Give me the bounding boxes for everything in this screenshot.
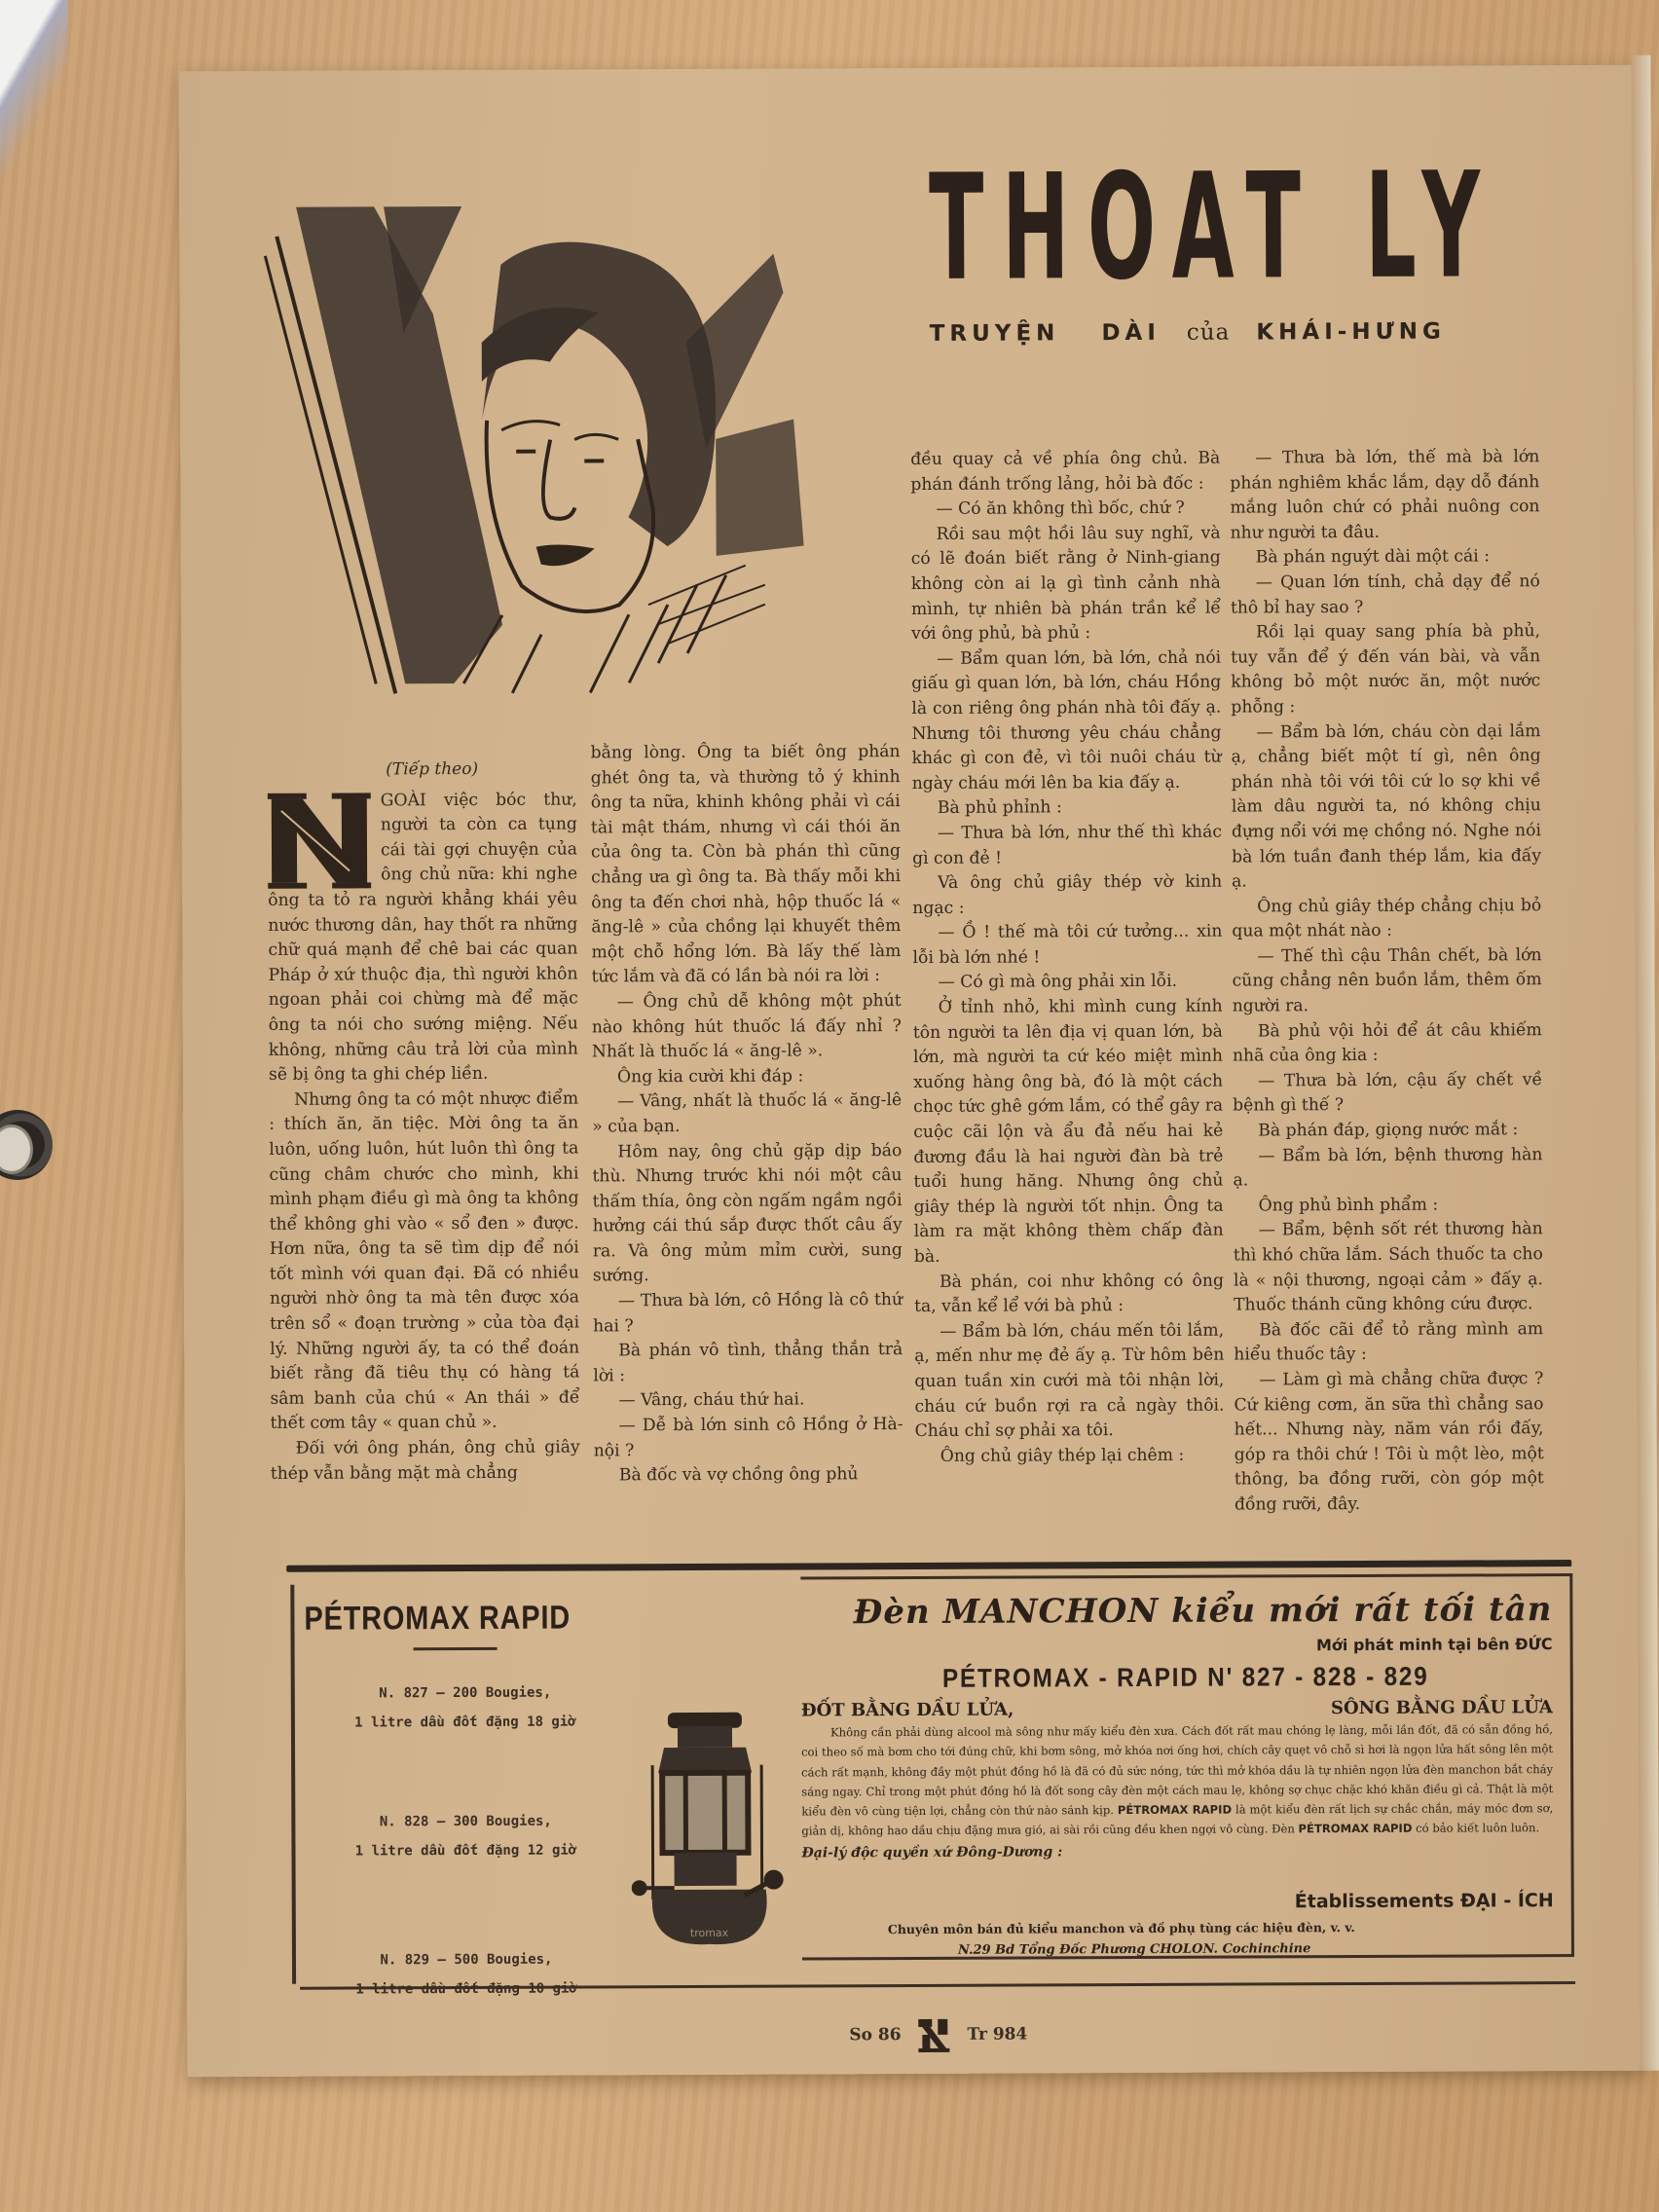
paragraph: Nhưng ông ta có một nhược điểm : thích ă… (269, 1087, 580, 1437)
paragraph: Rồi sau một hồi lâu suy nghĩ, và có lẽ đ… (911, 521, 1222, 646)
paragraph: Bà đốc cãi để tỏ rằng mình am hiểu thuốc… (1234, 1317, 1543, 1369)
agent-address: N.29 Bd Tổng Đốc Phương CHOLON. Cochinch… (958, 1941, 1310, 1958)
agent-company: Établissements ĐẠI - ÍCH (1295, 1890, 1554, 1912)
paragraph: — Thưa bà lớn, cô Hồng là cô thứ hai ? (593, 1288, 903, 1340)
section-divider (286, 1560, 1571, 1572)
model-entry: N. 827 — 200 Bougies, 1 litre dầu đốt đặ… (305, 1684, 626, 1730)
story-title: THOAT LY (929, 153, 1551, 302)
ad-tag-right: SÔNG BẰNG DẦU LỬA (1331, 1697, 1553, 1718)
woodcut-portrait-icon (257, 195, 804, 703)
paragraph: Rồi lại quay sang phía bà phủ, tuy vẫn đ… (1231, 619, 1540, 720)
model-runtime: 1 litre dầu đốt đặng 18 giờ (305, 1714, 626, 1730)
model-runtime: 1 litre dầu đốt đặng 12 giờ (305, 1842, 626, 1859)
article-column-3: đều quay cả về phía ông chủ. Bà phán đán… (910, 447, 1225, 1470)
paragraph: — Bẩm bà lớn, cháu mến tôi lắm, ạ, mến n… (914, 1318, 1225, 1444)
paragraph: — Dễ bà lớn sinh cô Hồng ở Hà-nội ? (594, 1413, 903, 1464)
paragraph: — Bẩm bà lớn, bệnh thương hàn ạ. (1233, 1143, 1542, 1195)
paragraph: — Có ăn không thì bốc, chứ ? (910, 497, 1220, 523)
continued-label: (Tiếp theo) (268, 756, 577, 783)
article-column-1: (Tiếp theo) GOÀI việc bóc thư, người ta … (268, 756, 580, 1487)
author-name: KHÁI-HƯNG (1256, 319, 1446, 346)
model-spec: N. 828 — 300 Bougies, (305, 1813, 626, 1829)
paragraph: Ông chủ giây thép lại chêm : (915, 1443, 1225, 1469)
paragraph: Bà phủ phỉnh : (912, 795, 1222, 822)
paragraph: — Bẩm, bệnh sốt rét thương hàn thì khó c… (1234, 1218, 1543, 1319)
subtitle-genre-2: DÀI (1101, 320, 1161, 346)
paragraph: bằng lòng. Ông ta biết ông phán ghét ông… (591, 740, 902, 990)
paragraph: — Ồ ! thế mà tôi cứ tưởng... xin lỗi bà … (912, 920, 1222, 972)
agent-label: Đại-lý độc quyền xứ Đông-Dương : (801, 1840, 1553, 1863)
svg-text:tromax: tromax (690, 1927, 729, 1939)
model-entry: N. 828 — 300 Bougies, 1 litre dầu đốt đặ… (305, 1813, 626, 1859)
ad-model-list: PÉTROMAX RAPID N. 827 — 200 Bougies, 1 l… (304, 1583, 627, 1983)
paragraph: Bà phán vô tình, thẳng thắn trả lời : (593, 1338, 903, 1389)
paragraph: — Thưa bà lớn, thế mà bà lớn phán nghiêm… (1230, 445, 1539, 546)
paragraph: Bà phán, coi như không có ông ta, vẫn kể… (914, 1269, 1224, 1320)
subtitle-of: của (1187, 320, 1231, 346)
ad-brand-inline: PÉTROMAX RAPID (1299, 1822, 1413, 1836)
paragraph: — Thưa bà lớn, cậu ấy chết về bệnh gì th… (1233, 1068, 1542, 1120)
background-object (0, 0, 68, 195)
paragraph: Bà phủ vội hỏi để át câu khiếm nhã của ô… (1233, 1018, 1542, 1070)
newspaper-page: THOAT LY TRUYỆN DÀI của KHÁI-HƯNG (Tiếp … (179, 65, 1644, 2078)
paragraph: Và ông chủ giây thép vờ kinh ngạc : (912, 870, 1222, 922)
paragraph: — Làm gì mà chẳng chữa được ? Cứ kiêng c… (1234, 1367, 1544, 1518)
article-column-4: — Thưa bà lớn, thế mà bà lớn phán nghiêm… (1230, 445, 1544, 1518)
article-column-2: bằng lòng. Ông ta biết ông phán ghét ông… (591, 740, 903, 1489)
pressure-lantern-icon: tromax (631, 1705, 788, 1949)
advertisement: PÉTROMAX RAPID N. 827 — 200 Bougies, 1 l… (290, 1579, 1575, 1984)
story-subtitle: TRUYỆN DÀI của KHÁI-HƯNG (930, 318, 1553, 347)
paragraph: Bà phán đáp, giọng nước mắt : (1233, 1118, 1542, 1144)
ngay-nay-logo-icon (914, 2015, 953, 2054)
agent-specialty: Chuyên môn bán đủ kiểu manchon và đồ phụ… (888, 1920, 1355, 1936)
paragraph: — Vâng, nhất là thuốc lá « ăng-lê » của … (592, 1088, 902, 1140)
paragraph: Bà phán nguýt dài một cái : (1231, 545, 1540, 571)
page-edge (1631, 55, 1659, 2071)
paragraph: Bà đốc và vợ chồng ông phủ (594, 1462, 903, 1489)
title-block: THOAT LY TRUYỆN DÀI của KHÁI-HƯNG (929, 153, 1553, 347)
page-number: Tr 984 (967, 2024, 1027, 2044)
model-entry: N. 829 — 500 Bougies, 1 litre dầu đốt đặ… (306, 1951, 627, 1997)
paragraph: Đối với ông phán, ông chủ giây thép vẫn … (271, 1436, 580, 1488)
paragraph: Ông kia cười khi đáp : (592, 1064, 902, 1090)
ad-brand: PÉTROMAX RAPID (304, 1600, 577, 1639)
paragraph: — Có gì mà ông phải xin lỗi. (913, 970, 1223, 996)
ad-body-text: có bảo kiết luôn luôn. (1416, 1822, 1539, 1836)
model-spec: N. 827 — 200 Bougies, (305, 1684, 626, 1701)
drop-cap-n-icon (268, 791, 373, 888)
paragraph: — Bẩm quan lớn, bà lớn, chả nói giấu gì … (911, 645, 1222, 796)
paragraph: đều quay cả về phía ông chủ. Bà phán đán… (910, 447, 1220, 498)
paragraph: — Quan lớn tính, chả dạy để nó thô bỉ ha… (1231, 570, 1540, 621)
paragraph: Hôm nay, ông chủ gặp dịp báo thù. Nhưng … (592, 1139, 903, 1290)
subtitle-genre-1: TRUYỆN (930, 320, 1060, 347)
paragraph: Ông phủ bình phẩm : (1234, 1193, 1543, 1219)
divider (414, 1647, 498, 1650)
ad-tagline-row: ĐỐT BẰNG DẦU LỬA, SÔNG BẰNG DẦU LỬA (801, 1697, 1553, 1720)
ad-body: Không cần phải dùng alcool mà sông như m… (801, 1719, 1554, 1862)
paragraph: — Bẩm bà lớn, cháu còn dại lắm ạ, chẳng … (1231, 719, 1541, 896)
paragraph: — Thế thì cậu Thân chết, bà lớn cũng chẳ… (1232, 943, 1541, 1019)
ad-subheadline: Mới phát minh tại bên ĐỨC (801, 1635, 1553, 1656)
paragraph: — Ông chủ dễ không một phút nào không hú… (592, 989, 902, 1065)
paragraph: — Thưa bà lớn, như thế thì khác gì con đ… (912, 821, 1222, 872)
ad-tag-left: ĐỐT BẰNG DẦU LỬA, (801, 1700, 1014, 1721)
paragraph: Ông chủ giây thép chẳng chịu bỏ qua một … (1232, 894, 1541, 945)
paragraph: — Vâng, cháu thứ hai. (593, 1387, 903, 1414)
page-footer: So 86 Tr 984 (849, 2014, 1027, 2054)
ad-model-numbers: PÉTROMAX - RAPID N' 827 - 828 - 829 (839, 1661, 1531, 1694)
issue-number: So 86 (849, 2025, 901, 2045)
paragraph: Ở tỉnh nhỏ, khi mình cung kính tôn người… (913, 995, 1224, 1271)
model-spec: N. 829 — 500 Bougies, (306, 1951, 627, 1968)
ad-headline: Đèn MANCHON kiểu mới rất tối tân (800, 1590, 1552, 1632)
ad-brand-inline: PÉTROMAX RAPID (1118, 1803, 1232, 1818)
ad-description-box: Đèn MANCHON kiểu mới rất tối tân Mới phá… (800, 1573, 1574, 1960)
